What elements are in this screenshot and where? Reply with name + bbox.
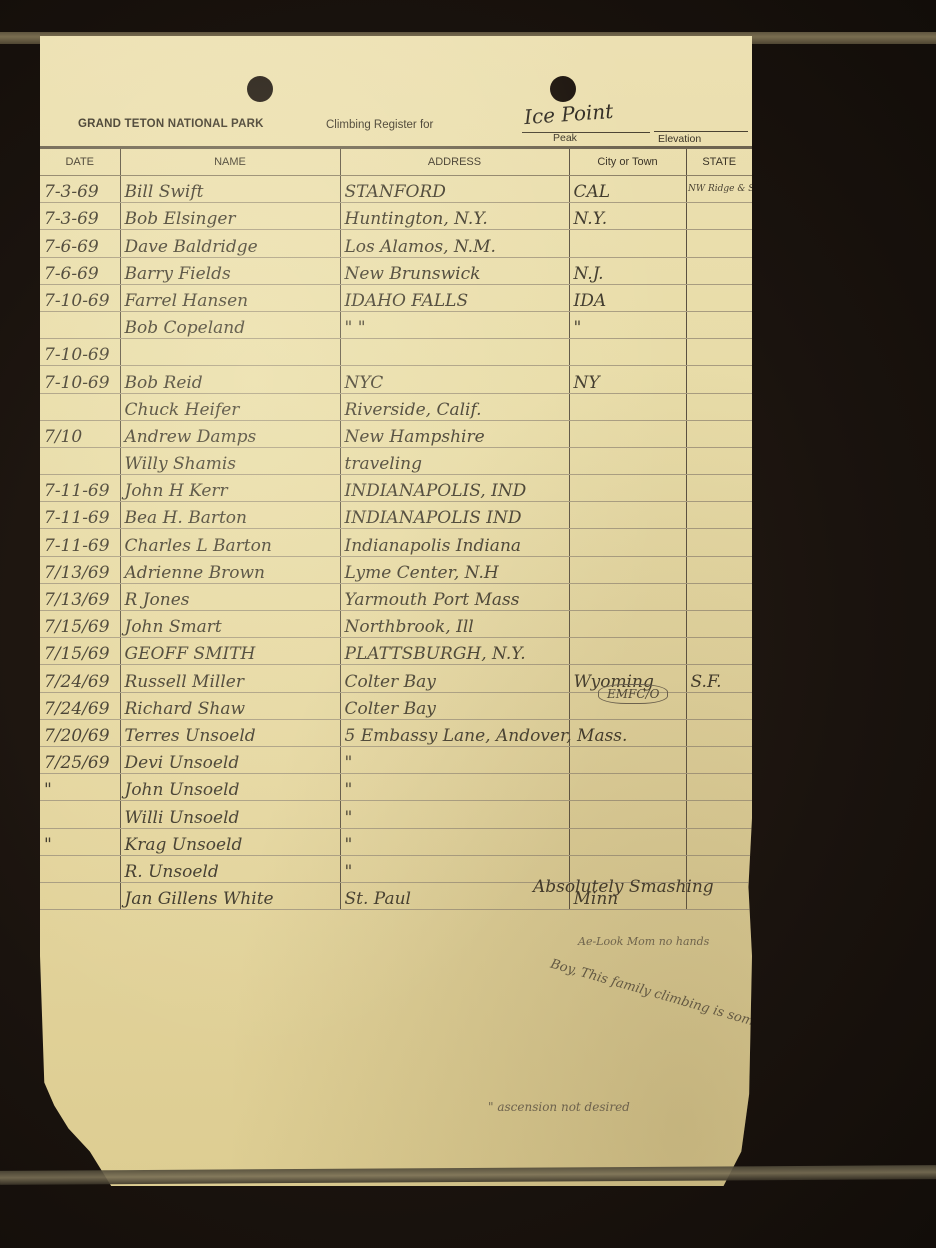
cell-name: Bob Reid [120, 366, 340, 393]
cell-state [686, 801, 752, 828]
cell-state [686, 583, 752, 610]
table-row: 7/25/69Devi Unsoeld" [40, 746, 752, 773]
cell-address: Los Alamos, N.M. [340, 230, 569, 257]
cell-date [40, 882, 120, 909]
cell-name: GEOFF SMITH [120, 638, 340, 665]
cell-date: 7-6-69 [40, 257, 120, 284]
cell-date: " [40, 774, 120, 801]
cell-address: " [340, 828, 569, 855]
cell-city: NY [569, 366, 686, 393]
cell-name: Andrew Damps [120, 420, 340, 447]
cell-city [569, 420, 686, 447]
cell-date: 7-11-69 [40, 475, 120, 502]
cell-state [686, 692, 752, 719]
emfco-doodle: EMFC/O [598, 684, 668, 704]
cell-name: Adrienne Brown [120, 556, 340, 583]
cell-name: R. Unsoeld [120, 855, 340, 882]
col-header-state: STATE [686, 149, 752, 176]
punch-hole-right [550, 76, 576, 102]
cell-name: Willi Unsoeld [120, 801, 340, 828]
col-header-address: ADDRESS [340, 149, 569, 176]
cell-date: 7-3-69 [40, 203, 120, 230]
cell-state [686, 475, 752, 502]
table-row: 7-3-69Bill SwiftSTANFORDCAL [40, 176, 752, 203]
cell-state [686, 420, 752, 447]
cell-address: PLATTSBURGH, N.Y. [340, 638, 569, 665]
cell-state [686, 366, 752, 393]
cell-address: " [340, 801, 569, 828]
peak-value: Ice Point [523, 99, 614, 129]
cell-city [569, 502, 686, 529]
table-row: 7-6-69Barry FieldsNew BrunswickN.J. [40, 257, 752, 284]
cell-city [569, 393, 686, 420]
cell-city [569, 719, 686, 746]
climbing-register-sheet: GRAND TETON NATIONAL PARK Climbing Regis… [40, 36, 752, 1186]
cell-address: " [340, 746, 569, 773]
register-table: DATE NAME ADDRESS City or Town STATE 7-3… [40, 149, 752, 910]
cell-name: Bob Copeland [120, 311, 340, 338]
cell-state [686, 311, 752, 338]
cell-address: traveling [340, 447, 569, 474]
table-row: 7-10-69 [40, 339, 752, 366]
cell-date: 7-6-69 [40, 230, 120, 257]
cell-name: Dave Baldridge [120, 230, 340, 257]
table-row: 7-11-69Charles L BartonIndianapolis Indi… [40, 529, 752, 556]
cell-city: CAL [569, 176, 686, 203]
cell-date: 7/15/69 [40, 638, 120, 665]
cell-name [120, 339, 340, 366]
cell-state [686, 556, 752, 583]
cell-name: Bill Swift [120, 176, 340, 203]
table-row: 7/15/69GEOFF SMITHPLATTSBURGH, N.Y. [40, 638, 752, 665]
elevation-label: Elevation [658, 133, 701, 145]
cell-name: Bob Elsinger [120, 203, 340, 230]
cell-state [686, 203, 752, 230]
table-header-row: DATE NAME ADDRESS City or Town STATE [40, 149, 752, 176]
cell-city [569, 230, 686, 257]
col-header-date: DATE [40, 149, 120, 176]
cell-date: 7-3-69 [40, 176, 120, 203]
cell-address: Colter Bay [340, 665, 569, 692]
cell-state [686, 284, 752, 311]
cell-address: New Hampshire [340, 420, 569, 447]
cell-state [686, 502, 752, 529]
cell-address: " " [340, 311, 569, 338]
cell-name: Barry Fields [120, 257, 340, 284]
table-row: 7-6-69Dave BaldridgeLos Alamos, N.M. [40, 230, 752, 257]
cell-city: N.J. [569, 257, 686, 284]
cell-address: INDIANAPOLIS IND [340, 502, 569, 529]
punch-hole-left [247, 76, 273, 102]
cell-date: 7-10-69 [40, 339, 120, 366]
cell-state [686, 828, 752, 855]
cell-date: " [40, 828, 120, 855]
register-table-wrap: DATE NAME ADDRESS City or Town STATE 7-3… [40, 149, 752, 910]
cell-state [686, 774, 752, 801]
cell-address: New Brunswick [340, 257, 569, 284]
cell-date: 7-11-69 [40, 502, 120, 529]
table-row: 7/13/69R JonesYarmouth Port Mass [40, 583, 752, 610]
elevation-underline [654, 131, 748, 132]
table-row: 7-10-69Bob ReidNYCNY [40, 366, 752, 393]
cell-address: NYC [340, 366, 569, 393]
cell-city [569, 774, 686, 801]
cell-city [569, 447, 686, 474]
cell-date: 7-10-69 [40, 284, 120, 311]
col-header-city: City or Town [569, 149, 686, 176]
table-row: 7/20/69Terres Unsoeld5 Embassy Lane, And… [40, 719, 752, 746]
table-row: 7-11-69Bea H. BartonINDIANAPOLIS IND [40, 502, 752, 529]
table-row: 7/10Andrew DampsNew Hampshire [40, 420, 752, 447]
peak-label: Peak [553, 132, 577, 144]
cell-city [569, 475, 686, 502]
cell-city [569, 583, 686, 610]
table-row: 7-11-69John H KerrINDIANAPOLIS, IND [40, 475, 752, 502]
cell-name: Charles L Barton [120, 529, 340, 556]
cell-city: N.Y. [569, 203, 686, 230]
cell-state [686, 719, 752, 746]
cell-date: 7/25/69 [40, 746, 120, 773]
absolutely-smashing-note: Absolutely Smashing [533, 876, 714, 898]
cell-city [569, 611, 686, 638]
peak-underline [522, 132, 650, 133]
cell-name: Krag Unsoeld [120, 828, 340, 855]
cell-date [40, 855, 120, 882]
cell-date [40, 801, 120, 828]
cell-state: S.F. [686, 665, 752, 692]
table-row: 7-10-69Farrel HansenIDAHO FALLSIDA [40, 284, 752, 311]
cell-date: 7/24/69 [40, 665, 120, 692]
table-row: "John Unsoeld" [40, 774, 752, 801]
ascension-note: " ascension not desired [488, 1100, 630, 1114]
cell-city: " [569, 311, 686, 338]
cell-address: Northbrook, Ill [340, 611, 569, 638]
cell-city [569, 556, 686, 583]
cell-name: Farrel Hansen [120, 284, 340, 311]
cell-date [40, 393, 120, 420]
cell-city: IDA [569, 284, 686, 311]
cell-name: Russell Miller [120, 665, 340, 692]
cell-state [686, 257, 752, 284]
register-body: 7-3-69Bill SwiftSTANFORDCAL7-3-69Bob Els… [40, 176, 752, 910]
no-hands-note: Ae-Look Mom no hands [578, 936, 709, 948]
cell-address: Huntington, N.Y. [340, 203, 569, 230]
cell-state [686, 746, 752, 773]
cell-name: Willy Shamis [120, 447, 340, 474]
table-row: Willy Shamistraveling [40, 447, 752, 474]
cell-address: " [340, 774, 569, 801]
table-row: 7/15/69John SmartNorthbrook, Ill [40, 611, 752, 638]
cell-city [569, 746, 686, 773]
cell-address: INDIANAPOLIS, IND [340, 475, 569, 502]
cell-state [686, 230, 752, 257]
table-row: Chuck HeiferRiverside, Calif. [40, 393, 752, 420]
register-label: Climbing Register for [326, 119, 433, 131]
cell-state [686, 638, 752, 665]
table-row: "Krag Unsoeld" [40, 828, 752, 855]
table-row: 7-3-69Bob ElsingerHuntington, N.Y.N.Y. [40, 203, 752, 230]
cell-state [686, 611, 752, 638]
cell-date: 7/15/69 [40, 611, 120, 638]
cell-city [569, 529, 686, 556]
cell-address: Colter Bay [340, 692, 569, 719]
cell-date: 7-11-69 [40, 529, 120, 556]
cell-name: Terres Unsoeld [120, 719, 340, 746]
table-row: Bob Copeland" "" [40, 311, 752, 338]
park-title: GRAND TETON NATIONAL PARK [78, 118, 264, 130]
cell-address: 5 Embassy Lane, Andover, Mass. [340, 719, 569, 746]
cell-address: IDAHO FALLS [340, 284, 569, 311]
cell-date: 7/10 [40, 420, 120, 447]
cell-name: John H Kerr [120, 475, 340, 502]
table-row: Willi Unsoeld" [40, 801, 752, 828]
cell-address: Yarmouth Port Mass [340, 583, 569, 610]
cell-name: John Smart [120, 611, 340, 638]
cell-date [40, 311, 120, 338]
cell-state [686, 447, 752, 474]
cell-address [340, 339, 569, 366]
cell-state [686, 529, 752, 556]
cell-city [569, 339, 686, 366]
cell-date: 7/20/69 [40, 719, 120, 746]
cell-date: 7/13/69 [40, 583, 120, 610]
cell-date: 7-10-69 [40, 366, 120, 393]
cell-name: R Jones [120, 583, 340, 610]
table-row: 7/13/69Adrienne BrownLyme Center, N.H [40, 556, 752, 583]
cell-state [686, 339, 752, 366]
cell-name: Bea H. Barton [120, 502, 340, 529]
cell-name: Jan Gillens White [120, 882, 340, 909]
cell-address: Lyme Center, N.H [340, 556, 569, 583]
cell-city [569, 828, 686, 855]
cell-name: Devi Unsoeld [120, 746, 340, 773]
cell-name: Chuck Heifer [120, 393, 340, 420]
cell-address: STANFORD [340, 176, 569, 203]
cell-date [40, 447, 120, 474]
cell-date: 7/24/69 [40, 692, 120, 719]
cell-address: Riverside, Calif. [340, 393, 569, 420]
cell-state [686, 393, 752, 420]
cell-name: John Unsoeld [120, 774, 340, 801]
cell-name: Richard Shaw [120, 692, 340, 719]
cell-date: 7/13/69 [40, 556, 120, 583]
cell-city [569, 638, 686, 665]
cell-address: Indianapolis Indiana [340, 529, 569, 556]
cell-city [569, 801, 686, 828]
col-header-name: NAME [120, 149, 340, 176]
